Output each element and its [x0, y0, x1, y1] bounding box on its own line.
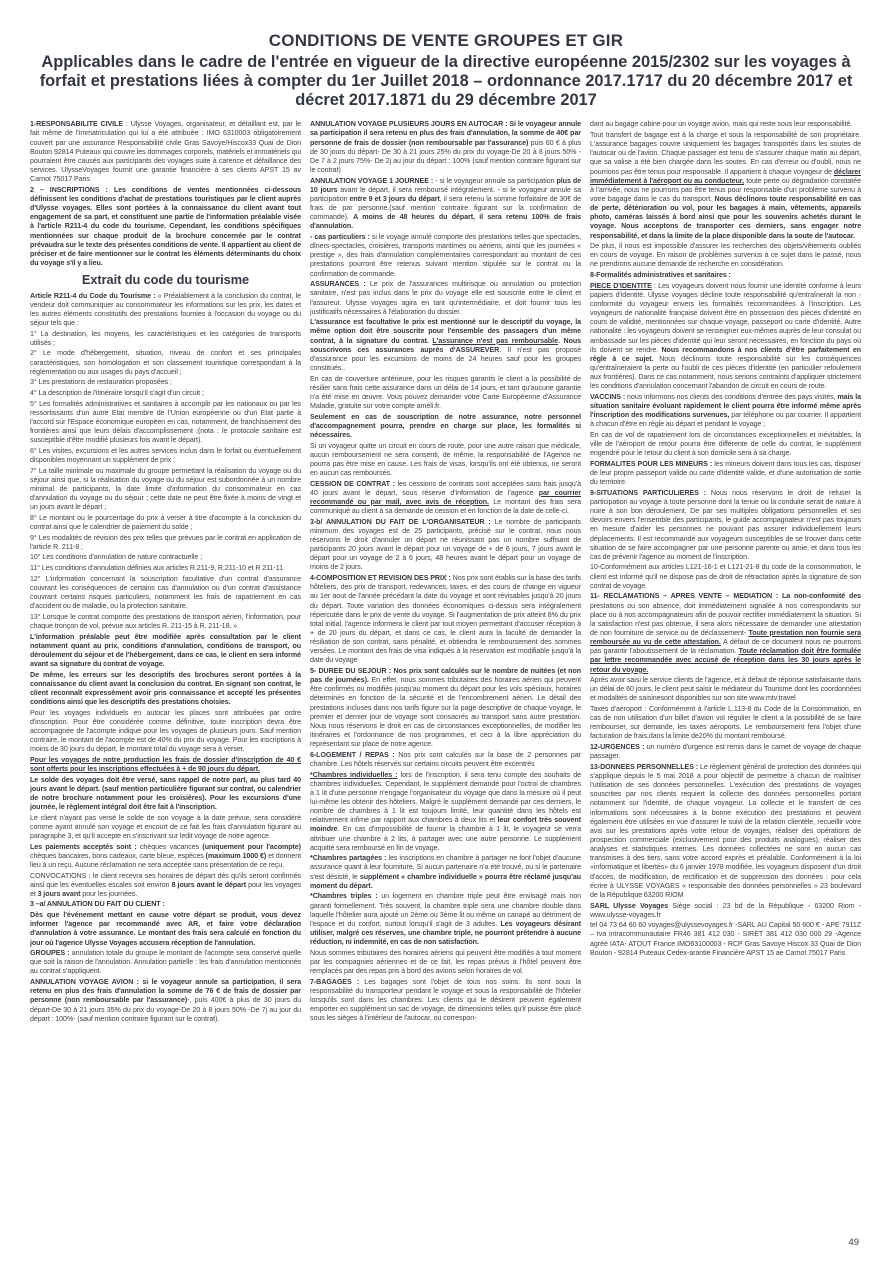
paragraph: 8-Formalités administratives et sanitair…: [590, 271, 861, 280]
paragraph: Taxes d'aéroport : Conformément à l'arti…: [590, 705, 861, 742]
paragraph: 5- DUREE DU SEJOUR : Nos prix sont calcu…: [310, 667, 581, 749]
paragraph: dant au bagage cabine pour un voyage avi…: [590, 120, 861, 129]
paragraph: 11- RECLAMATIONS – APRES VENTE – MEDIATI…: [590, 592, 861, 674]
paragraph: L'assurance est facultative le prix est …: [310, 318, 581, 373]
title-block: CONDITIONS DE VENTE GROUPES ET GIR Appli…: [30, 30, 862, 110]
column-left: 1-RESPONSABILITE CIVILE : Ulysse Voyages…: [30, 120, 301, 1025]
paragraph: 2 – INSCRIPTIONS : Les conditions de ven…: [30, 186, 301, 268]
paragraph: 7-BAGAGES : Les bagages sont l'objet de …: [310, 978, 581, 1024]
paragraph: Pour les voyages individuels en autocar …: [30, 709, 301, 755]
paragraph: Après avoir saisi le service clients de …: [590, 676, 861, 703]
paragraph: 10-Conformément aux articles L121-16-1 e…: [590, 563, 861, 590]
paragraph: 12-URGENCES : un numéro d'urgence est re…: [590, 743, 861, 761]
paragraph: Tout transfert de bagage est à la charge…: [590, 131, 861, 241]
paragraph: SARL Ulysse Voyages Siège social : 23 bd…: [590, 902, 861, 920]
paragraph: *Chambres partagées : les inscriptions e…: [310, 854, 581, 891]
paragraph: 3-b/ ANNULATION DU FAIT DE L'ORGANISATEU…: [310, 518, 581, 573]
paragraph: ANNULATION VOYAGE PLUSIEURS JOURS EN AUT…: [310, 120, 581, 175]
paragraph: 5° Les formalités administratives et san…: [30, 400, 301, 446]
paragraph: 13-DONNEES PERSONNELLES : Le règlement g…: [590, 763, 861, 900]
paragraph: 6-LOGEMENT / REPAS : Nos prix sont calcu…: [310, 751, 581, 769]
paragraph: 13° Lorsque le contrat comporte des pres…: [30, 613, 301, 631]
paragraph: Les paiements acceptés sont : chèques va…: [30, 843, 301, 870]
paragraph: 10° Les conditions d'annulation de natur…: [30, 553, 301, 562]
paragraph: En cas de vol de rapatriement lors de ci…: [590, 431, 861, 458]
page-title: CONDITIONS DE VENTE GROUPES ET GIR: [30, 30, 862, 51]
paragraph: Le client n'ayant pas versé le solde de …: [30, 814, 301, 841]
paragraph: PIECE D'IDENTITE : Les voyageurs doivent…: [590, 282, 861, 392]
page-number: 49: [848, 1237, 859, 1248]
paragraph: 11° Les conditions d'annulation définies…: [30, 564, 301, 573]
paragraph: Le solde des voyages doit être versé, sa…: [30, 776, 301, 813]
paragraph: GROUPES : annulation totale du groupe le…: [30, 949, 301, 976]
paragraph: 4-COMPOSITION ET REVISION DES PRIX : Nos…: [310, 574, 581, 665]
column-middle: ANNULATION VOYAGE PLUSIEURS JOURS EN AUT…: [310, 120, 581, 1025]
paragraph: 1° La destination, les moyens, les carac…: [30, 330, 301, 348]
document-page: CONDITIONS DE VENTE GROUPES ET GIR Appli…: [0, 0, 892, 1262]
paragraph: 2° Le mode d'hébergement, situation, niv…: [30, 349, 301, 376]
paragraph: De plus, il nous est impossible d'assure…: [590, 242, 861, 269]
page-subtitle: Applicables dans le cadre de l'entrée en…: [36, 53, 856, 110]
paragraph: 12° L'information concernant la souscrip…: [30, 575, 301, 612]
paragraph: 4° La description de l'itinéraire lorsqu…: [30, 389, 301, 398]
column-right: dant au bagage cabine pour un voyage avi…: [590, 120, 861, 1025]
paragraph: L'information préalable peut être modifi…: [30, 633, 301, 670]
section-heading: Extrait du code du tourisme: [30, 272, 301, 289]
paragraph: Article R211-4 du Code du Tourisme : « P…: [30, 292, 301, 329]
paragraph: ANNULATION VOYAGE 1 JOURNEE : - si le vo…: [310, 177, 581, 232]
paragraph: 8° Le montant ou le pourcentage du prix …: [30, 514, 301, 532]
paragraph: *Chambres individuelles : lors de l'insc…: [310, 771, 581, 853]
paragraph: 1-RESPONSABILITE CIVILE : Ulysse Voyages…: [30, 120, 301, 184]
paragraph: *Chambres triples : un logement en chamb…: [310, 892, 581, 947]
paragraph: Seulement en cas de souscription de notr…: [310, 413, 581, 440]
paragraph: Pour les voyages de notre production les…: [30, 756, 301, 774]
paragraph: VACCINS : nous informons nos clients des…: [590, 393, 861, 430]
paragraph: CONVOCATIONS : le client recevra ses hor…: [30, 872, 301, 899]
paragraph: 9-SITUATIONS PARTICULIERES : Nous nous r…: [590, 489, 861, 562]
paragraph: CESSION DE CONTRAT : les cessions de con…: [310, 480, 581, 517]
columns-container: 1-RESPONSABILITE CIVILE : Ulysse Voyages…: [30, 120, 862, 1025]
paragraph: - cas particuliers : si le voyage annulé…: [310, 233, 581, 279]
paragraph: FORMALITES POUR LES MINEURS : les mineur…: [590, 460, 861, 487]
paragraph: Nous sommes tributaires des horaires aér…: [310, 949, 581, 976]
paragraph: ASSURANCES : Le prix de l'assurances mul…: [310, 280, 581, 317]
paragraph: 6° Les visites, excursions et les autres…: [30, 447, 301, 465]
paragraph: En cas de couverture antérieure, pour le…: [310, 375, 581, 412]
paragraph: 3° Les prestations de restauration propo…: [30, 378, 301, 387]
paragraph: 3 –a/ ANNULATION DU FAIT DU CLIENT :: [30, 900, 301, 909]
paragraph: 7° La taille minimale ou maximale du gro…: [30, 467, 301, 513]
paragraph: Dès que l'événement mettant en cause vot…: [30, 911, 301, 948]
paragraph: ANNULATION VOYAGE AVION : si le voyageur…: [30, 978, 301, 1024]
paragraph: 9° Les modalités de révision des prix te…: [30, 534, 301, 552]
paragraph: tel 04 73 64 60 60 voyages@ulyssevoyages…: [590, 921, 861, 958]
paragraph: De même, les erreurs sur les descriptifs…: [30, 671, 301, 708]
paragraph: Si un voyageur quitte un circuit en cour…: [310, 442, 581, 479]
